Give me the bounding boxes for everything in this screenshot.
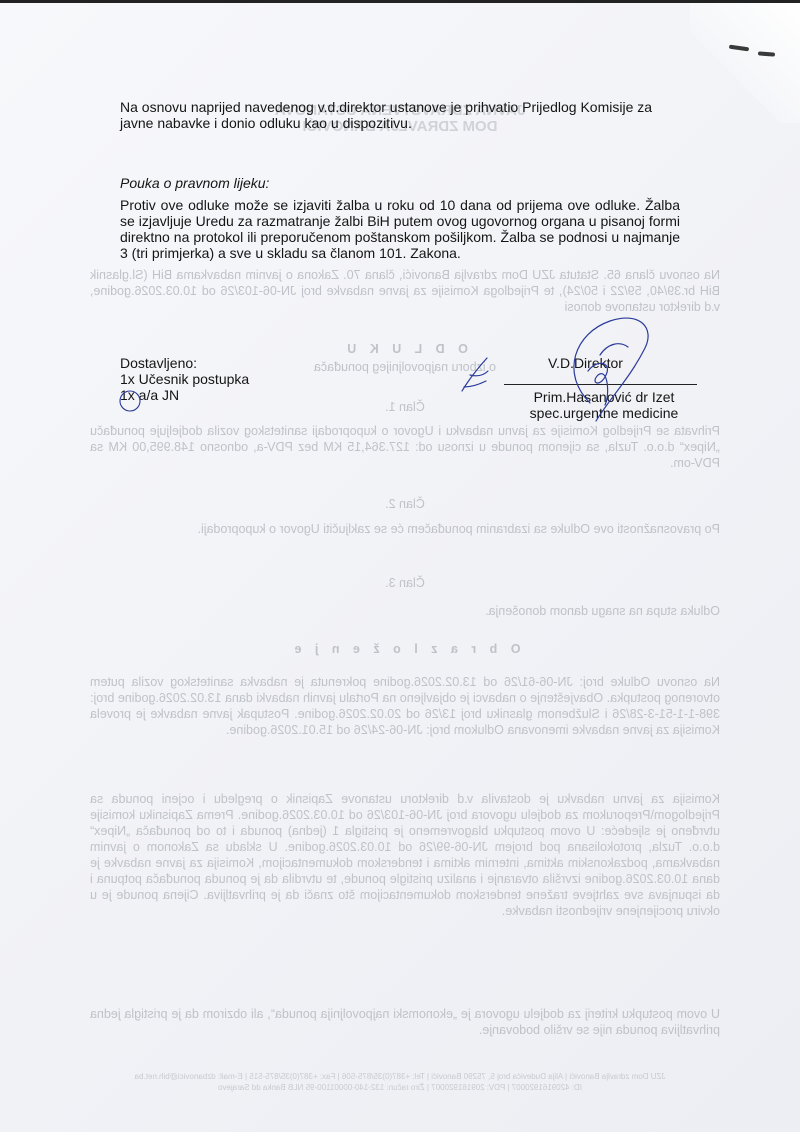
initials-icon [462,358,488,391]
signature-icon [574,318,648,421]
circle-mark-icon [120,391,140,411]
document-page: JAVNA ZDRAVSTVENA USTANOVA DOM ZDRAVLJA … [0,0,800,1132]
handwritten-marks [0,3,800,1132]
